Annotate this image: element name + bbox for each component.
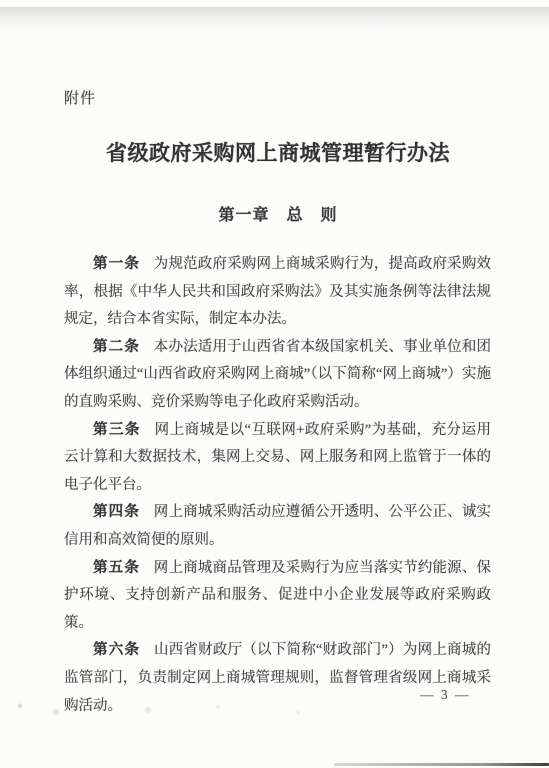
document-title: 省级政府采购网上商城管理暂行办法: [64, 137, 492, 167]
scan-edge-line-bottom: [334, 763, 549, 766]
scanned-document-page: 附件 省级政府采购网上商城管理暂行办法 第一章 总 则 第一条为规范政府采购网上…: [0, 0, 549, 768]
article-term: 第一条: [93, 256, 140, 272]
page-number: — 3 —: [420, 687, 471, 703]
article-term: 第六条: [93, 642, 140, 658]
article-term: 第三条: [93, 422, 141, 438]
attachment-label: 附件: [64, 87, 96, 108]
scan-shadow-band-top: [0, 7, 549, 33]
article-paragraph: 第四条网上商城采购活动应遵循公开透明、公平公正、诚实信用和高效简便的原则。: [64, 499, 491, 554]
article-term: 第二条: [93, 339, 140, 355]
document-body: 第一条为规范政府采购网上商城采购行为，提高政府采购效率，根据《中华人民共和国政府…: [64, 251, 491, 720]
scan-noise-speckles: [8, 698, 338, 722]
chapter-heading: 第一章 总 则: [64, 202, 492, 225]
article-paragraph: 第二条本办法适用于山西省省本级国家机关、事业单位和团体组织通过“山西省政府采购网…: [64, 334, 491, 417]
article-paragraph: 第一条为规范政府采购网上商城采购行为，提高政府采购效率，根据《中华人民共和国政府…: [64, 251, 491, 334]
article-term: 第四条: [93, 504, 140, 520]
article-paragraph: 第三条网上商城是以“互联网+政府采购”为基础，充分运用云计算和大数据技术，集网上…: [64, 417, 491, 500]
article-term: 第五条: [93, 560, 140, 576]
article-paragraph: 第五条网上商城商品管理及采购行为应当落实节约能源、保护环境、支持创新产品和服务、…: [64, 555, 491, 638]
